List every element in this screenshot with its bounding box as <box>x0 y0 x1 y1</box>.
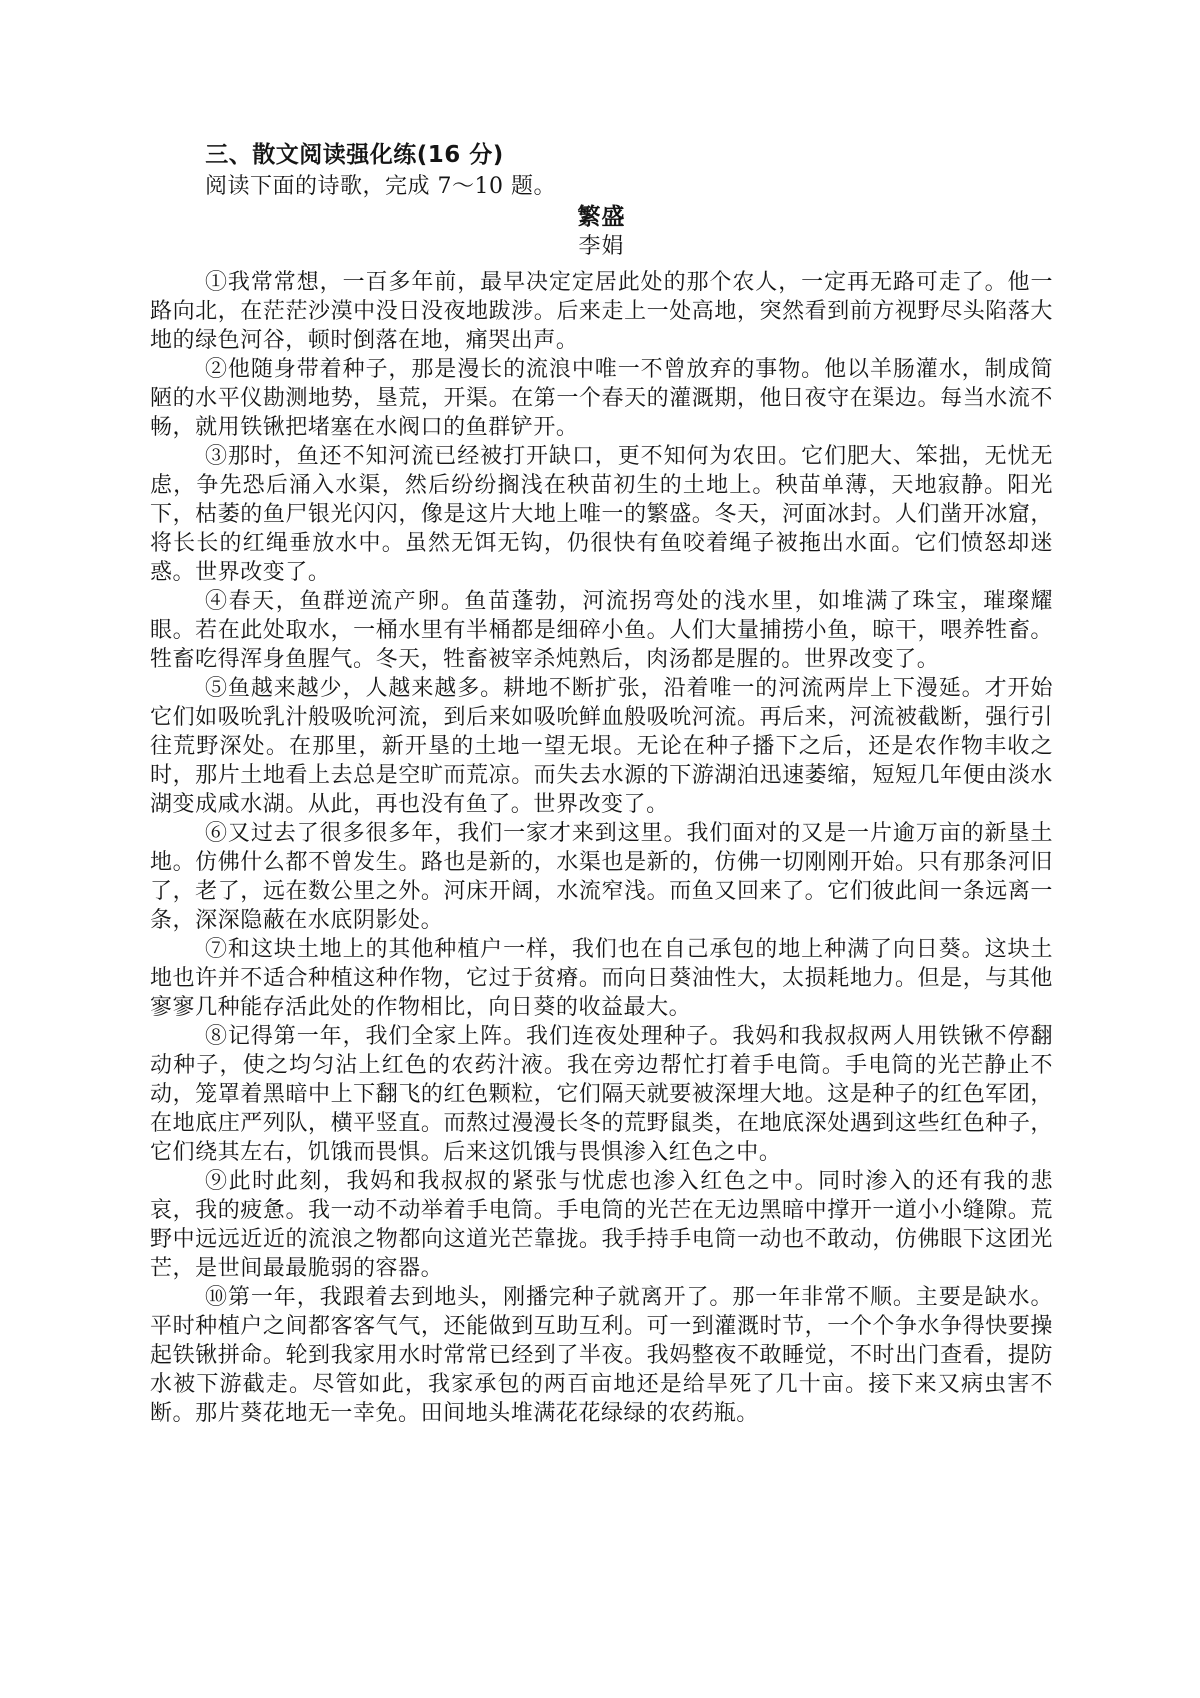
essay-paragraph-5: ⑤鱼越来越少，人越来越多。耕地不断扩张，沿着唯一的河流两岸上下漫延。才开始它们如… <box>150 674 1053 819</box>
essay-paragraph-7: ⑦和这块土地上的其他种植户一样，我们也在自己承包的地上种满了向日葵。这块土地也许… <box>150 935 1053 1022</box>
essay-paragraph-10: ⑩第一年，我跟着去到地头，刚播完种子就离开了。那一年非常不顺。主要是缺水。平时种… <box>150 1283 1053 1428</box>
essay-paragraph-1: ①我常常想，一百多年前，最早决定定居此处的那个农人，一定再无路可走了。他一路向北… <box>150 268 1053 355</box>
essay-paragraph-2: ②他随身带着种子，那是漫长的流浪中唯一不曾放弃的事物。他以羊肠灌水，制成简陋的水… <box>150 355 1053 442</box>
section-heading: 三、散文阅读强化练(16 分) <box>150 138 1053 172</box>
essay-paragraph-8: ⑧记得第一年，我们全家上阵。我们连夜处理种子。我妈和我叔叔两人用铁锹不停翻动种子… <box>150 1022 1053 1167</box>
essay-title: 繁盛 <box>150 202 1053 232</box>
essay-body: ①我常常想，一百多年前，最早决定定居此处的那个农人，一定再无路可走了。他一路向北… <box>150 268 1053 1428</box>
text-column: 三、散文阅读强化练(16 分) 阅读下面的诗歌，完成 7～10 题。 繁盛 李娟… <box>150 138 1053 1428</box>
essay-paragraph-3: ③那时，鱼还不知河流已经被打开缺口，更不知何为农田。它们肥大、笨拙，无忧无虑，争… <box>150 442 1053 587</box>
essay-author: 李娟 <box>150 232 1053 262</box>
instruction-text: 阅读下面的诗歌，完成 7～10 题。 <box>150 172 1053 202</box>
essay-paragraph-9: ⑨此时此刻，我妈和我叔叔的紧张与忧虑也渗入红色之中。同时渗入的还有我的悲哀，我的… <box>150 1167 1053 1283</box>
essay-paragraph-4: ④春天，鱼群逆流产卵。鱼苗蓬勃，河流拐弯处的浅水里，如堆满了珠宝，璀璨耀眼。若在… <box>150 587 1053 674</box>
essay-paragraph-6: ⑥又过去了很多很多年，我们一家才来到这里。我们面对的又是一片逾万亩的新垦土地。仿… <box>150 819 1053 935</box>
document-page: 三、散文阅读强化练(16 分) 阅读下面的诗歌，完成 7～10 题。 繁盛 李娟… <box>0 0 1200 1698</box>
